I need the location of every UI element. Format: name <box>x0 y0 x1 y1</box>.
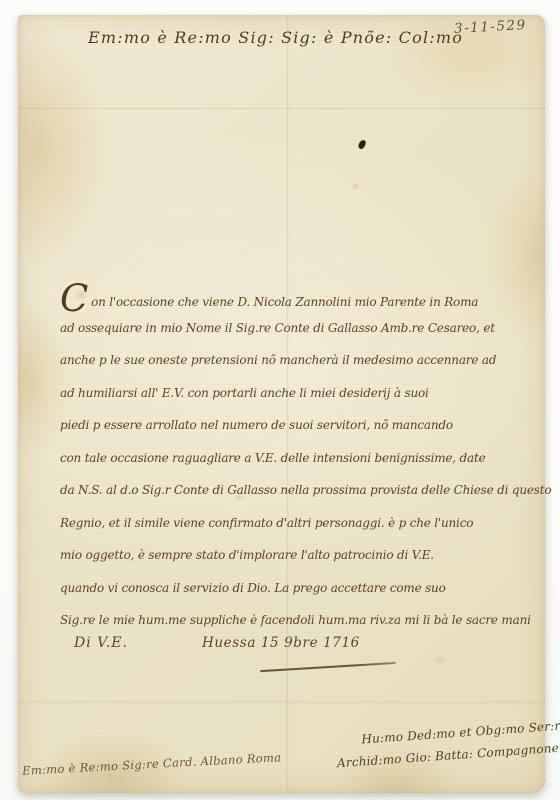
signature-block: Hu:mo Ded:mo et Obg:mo Ser:re Archid:mo … <box>335 716 548 775</box>
letter-body: Con l'occasione che viene D. Nicola Zann… <box>60 279 544 637</box>
manuscript-line: quando vi conosca il servizio di Dio. La… <box>60 572 544 605</box>
horizontal-fold-crease-top <box>18 107 545 110</box>
scanned-letter: 3-11-529 Em:mo è Re:mo Sig: Sig: è Pnõe:… <box>0 0 560 800</box>
manuscript-line-text: on l'occasione che viene D. Nicola Zanno… <box>91 295 478 309</box>
manuscript-line: da N.S. al d.o Sig.r Conte di Gallasso n… <box>60 474 544 507</box>
closing-dateline: Huessa 15 9bre 1716 <box>202 635 360 651</box>
manuscript-line: ad humiliarsi all' E.V. con portarli anc… <box>60 377 544 410</box>
manuscript-line: Con l'occasione che viene D. Nicola Zann… <box>60 279 544 312</box>
horizontal-fold-crease-bottom <box>18 701 545 704</box>
archival-number: 3-11-529 <box>454 17 527 37</box>
initial-capital: C <box>60 284 88 314</box>
ink-blot-mark <box>358 139 366 149</box>
manuscript-line: mio oggetto, è sempre stato d'implorare … <box>60 539 544 572</box>
manuscript-line: ad ossequiare in mio Nome il Sig.re Cont… <box>60 312 544 345</box>
manuscript-line: con tale occasione raguagliare a V.E. de… <box>60 442 544 475</box>
salutation-line: Em:mo è Re:mo Sig: Sig: è Pnõe: Col:mo <box>88 28 455 47</box>
manuscript-line: Sig.re le mie hum.me suppliche è facendo… <box>60 604 544 637</box>
letter-paper: 3-11-529 Em:mo è Re:mo Sig: Sig: è Pnõe:… <box>18 15 545 793</box>
manuscript-line: anche p le sue oneste pretensioni nõ man… <box>60 344 544 377</box>
date-underline-flourish <box>260 662 396 672</box>
manuscript-line: piedi p essere arrollato nel numero de s… <box>60 409 544 442</box>
manuscript-line: Regnio, et il simile viene confirmato d'… <box>60 507 544 540</box>
closing-valediction: Di V.E. <box>74 635 128 651</box>
address-note: Em:mo è Re:mo Sig:re Card. Albano Roma <box>22 750 282 778</box>
